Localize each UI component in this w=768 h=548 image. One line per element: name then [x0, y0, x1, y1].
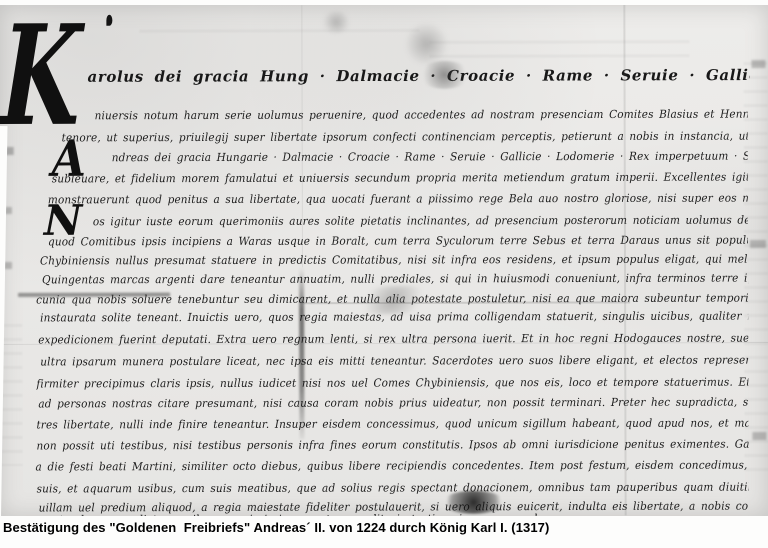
screenshot-root: K A N arolus dei gracia Hung · Dalmacie …: [0, 0, 768, 548]
manuscript-text-line: expedicionem fuerint deputati. Extra uer…: [38, 332, 748, 352]
manuscript-text-line: monstrauerunt quod penitus a sua liberta…: [48, 192, 748, 212]
manuscript-text-line: Chybiniensis nullus presumat statuere in…: [40, 253, 748, 273]
manuscript-text-line: os igitur iuste eorum querimoniis aures …: [93, 214, 748, 234]
manuscript-page: K A N arolus dei gracia Hung · Dalmacie …: [0, 5, 768, 516]
manuscript-text-line: instaurata solite teneant. Inuictis uero…: [40, 310, 748, 330]
paper-edge: [0, 126, 7, 516]
manuscript-text-line: subleuare, et fidelium morem famulatui e…: [52, 171, 748, 191]
bleedthrough-mark: [139, 21, 419, 38]
manuscript-text-line: quod Comitibus ipsis incipiens a Waras u…: [48, 234, 748, 254]
manuscript-text-line-cut: preter hec supradicta omnibus premissis …: [41, 512, 749, 516]
bleedthrough-mark: [429, 32, 689, 67]
manuscript-text-line: ndreas dei gracia Hungarie · Dalmacie · …: [112, 150, 748, 170]
manuscript-text-line: ad personas nostras citare presumant, ni…: [38, 396, 748, 416]
manuscript-text-line: a die festi beati Martini, similiter oct…: [36, 459, 749, 479]
bleedthrough-mark: [2, 262, 12, 269]
drop-cap-k: K: [0, 14, 83, 138]
bleedthrough-mark: [0, 316, 22, 466]
manuscript-text-line: firmiter precipimus claris ipsis, nullus…: [36, 376, 748, 396]
bleedthrough-mark: [750, 240, 766, 248]
bleedthrough-mark: [0, 207, 12, 214]
manuscript-text-line: suis, et aquarum usibus, cum suis meatib…: [37, 481, 749, 501]
manuscript-text-line: tenore, ut superius, priuilegij super li…: [62, 130, 748, 150]
manuscript-text-line: cunia qua nobis soluere tenebuntur seu d…: [36, 292, 748, 312]
stain: [403, 23, 449, 65]
manuscript-text-line: tres libertate, nulli inde finire tenean…: [36, 417, 748, 437]
bleedthrough-mark: [752, 432, 766, 440]
manuscript-title-line: arolus dei gracia Hung · Dalmacie · Croa…: [87, 66, 749, 102]
stain: [321, 11, 351, 33]
manuscript-text-line: ultra ipsarum munera postulare liceat, n…: [40, 354, 748, 374]
manuscript-content: K A N arolus dei gracia Hung · Dalmacie …: [0, 5, 768, 516]
bleedthrough-mark: [751, 60, 765, 68]
manuscript-text-line: non possit uti testibus, nisi testibus p…: [36, 438, 748, 458]
manuscript-text-line: niuersis notum harum serie uolumus perue…: [95, 108, 748, 128]
caption-text: Bestätigung des "Goldenen Freibriefs" An…: [3, 519, 549, 536]
manuscript-text-line: Quingentas marcas argenti dare teneantur…: [42, 272, 748, 292]
ink-dot: [106, 15, 112, 26]
